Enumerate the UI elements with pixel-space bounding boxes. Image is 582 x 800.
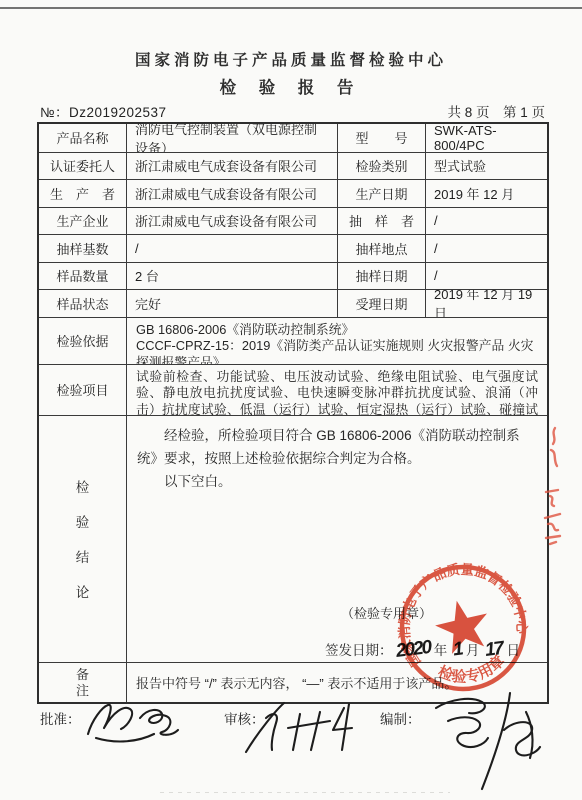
prepare-signature <box>422 688 547 793</box>
value-sample-date: / <box>425 262 547 290</box>
row-label-applicant: 认证委托人 <box>39 152 126 180</box>
organization-title: 国家消防电子产品质量监督检验中心 <box>0 48 582 70</box>
value-product-name: 消防电气控制装置（双电源控制设备） <box>126 124 337 152</box>
row-label-sample-state: 样品状态 <box>39 289 126 317</box>
row-label-sample-qty: 样品数量 <box>39 262 126 290</box>
conclusion-paragraph: 经检验，所检验项目符合 GB 16806-2006《消防联动控制系统》要求，按照… <box>137 424 537 470</box>
value-applicant: 浙江肃威电气成套设备有限公司 <box>126 152 337 180</box>
approve-signature <box>82 698 187 750</box>
value-model: SWK-ATS-800/4PC <box>425 124 547 152</box>
row-label-sample-date: 抽样日期 <box>337 262 425 290</box>
red-ink-fragment <box>540 486 566 548</box>
row-label-factory: 生产企业 <box>39 207 126 235</box>
value-test-type: 型式试验 <box>425 152 547 180</box>
value-prod-date: 2019 年 12 月 <box>425 179 547 207</box>
handwritten-month: 1 <box>452 637 463 661</box>
row-label-prod-date: 生产日期 <box>337 179 425 207</box>
document-title: 检 验 报 告 <box>0 74 582 98</box>
value-sample-place: / <box>425 234 547 262</box>
row-label-test-type: 检验类别 <box>337 152 425 180</box>
row-label-product-name: 产品名称 <box>39 124 126 152</box>
scan-edge-line <box>0 7 582 9</box>
row-label-conclusion: 检 验 结 论 <box>39 415 126 662</box>
row-label-items: 检验项目 <box>39 364 126 415</box>
month-unit: 月 <box>466 643 480 658</box>
handwritten-day: 17 <box>484 637 504 662</box>
issue-date-label: 签发日期： <box>325 643 393 658</box>
scan-artifact-dots <box>160 792 450 793</box>
remark-label-char: 注 <box>76 683 89 698</box>
row-label-model: 型 号 <box>337 124 425 152</box>
seal-note: （检验专用章） <box>341 602 432 625</box>
basis-line-1: GB 16806-2006《消防联动控制系统》 <box>136 322 538 339</box>
basis-line-2: CCCF-CPRZ-15：2019《消防类产品认证实施规则 火灾报警产品 火灾探… <box>136 338 538 363</box>
report-table: 产品名称 消防电气控制装置（双电源控制设备） 型 号 SWK-ATS-800/4… <box>37 122 549 704</box>
conclusion-label-char: 检 <box>76 476 90 496</box>
value-factory: 浙江肃威电气成套设备有限公司 <box>126 207 337 235</box>
row-label-remark: 备 注 <box>39 662 126 702</box>
row-label-basis: 检验依据 <box>39 317 126 364</box>
handwritten-year: 2020 <box>394 635 431 661</box>
value-sampler: / <box>425 207 547 235</box>
row-label-sampler: 抽 样 者 <box>337 207 425 235</box>
value-sample-base: / <box>126 234 337 262</box>
value-basis: GB 16806-2006《消防联动控制系统》 CCCF-CPRZ-15：201… <box>126 317 547 364</box>
year-unit: 年 <box>434 643 448 658</box>
value-sample-state: 完好 <box>126 289 337 317</box>
remark-label-char: 备 <box>76 667 89 682</box>
row-label-sample-base: 抽样基数 <box>39 234 126 262</box>
conclusion-content: 经检验，所检验项目符合 GB 16806-2006《消防联动控制系统》要求，按照… <box>126 415 547 662</box>
prepare-label: 编制： <box>380 708 421 728</box>
value-items: 试验前检查、功能试验、电压波动试验、绝缘电阻试验、电气强度试验、静电放电抗扰度试… <box>126 364 547 415</box>
page-count: 共 8 页 第 1 页 <box>447 101 545 121</box>
conclusion-label-char: 结 <box>76 546 90 566</box>
value-accept-date: 2019 年 12 月 19 日 <box>425 289 547 317</box>
review-label: 审核： <box>224 708 265 728</box>
conclusion-label-char: 论 <box>76 581 90 601</box>
row-label-sample-place: 抽样地点 <box>337 234 425 262</box>
value-producer: 浙江肃威电气成套设备有限公司 <box>126 179 337 207</box>
remark-text: 报告中符号 “/” 表示无内容， “—” 表示不适用于该产品。 <box>126 662 547 702</box>
row-label-accept-date: 受理日期 <box>337 289 425 317</box>
conclusion-blank-note: 以下空白。 <box>137 470 537 493</box>
red-ink-fragment <box>543 424 565 470</box>
day-unit: 日 <box>507 643 521 658</box>
value-sample-qty: 2 台 <box>126 262 337 290</box>
issue-date-line: 签发日期：2020年1月17日 <box>325 638 523 662</box>
report-number: №：Dz2019202537 <box>40 101 167 121</box>
row-label-producer: 生 产 者 <box>39 179 126 207</box>
conclusion-label-char: 验 <box>76 511 90 531</box>
approve-label: 批准： <box>40 708 81 728</box>
